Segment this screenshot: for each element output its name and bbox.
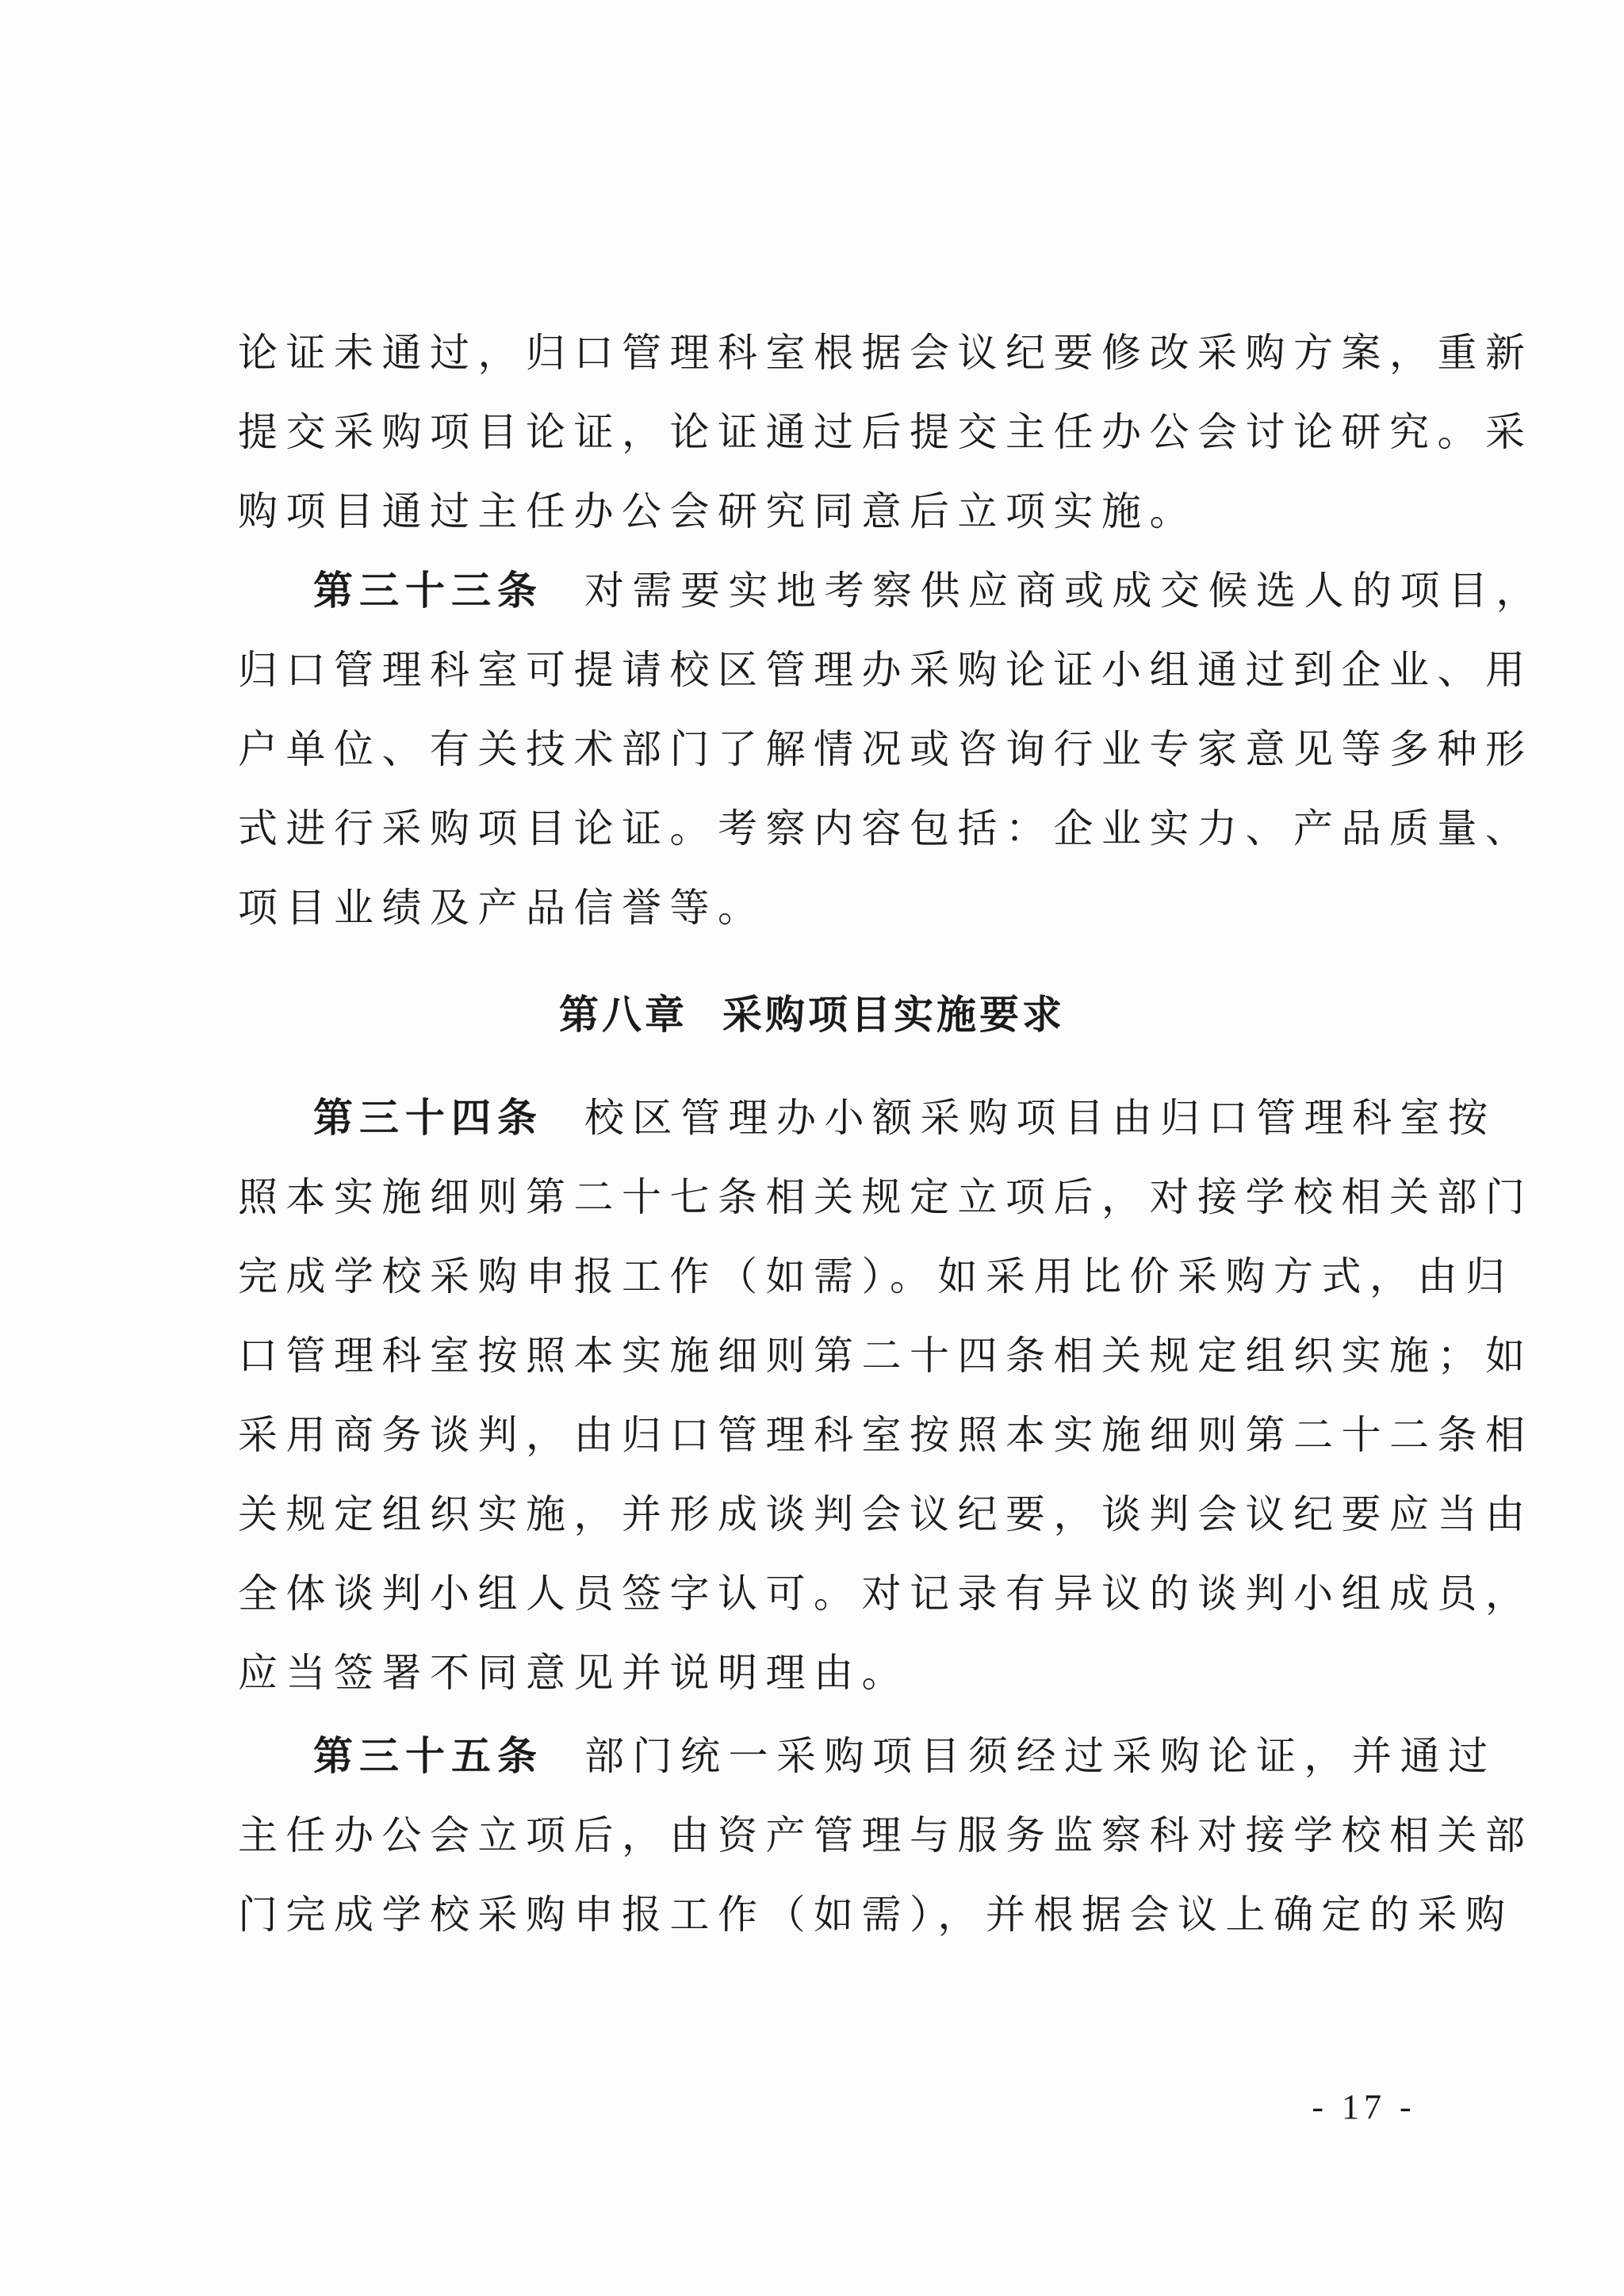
article-label: 第三十三条 [313, 568, 543, 614]
article-35-first-line: 第三十五条部门统一采购项目须经过采购论证，并通过 [313, 1732, 1459, 1780]
text-line: 采用商务谈判，由归口管理科室按照本实施细则第二十二条相 [238, 1411, 1459, 1459]
text-line: 提交采购项目论证，论证通过后提交主任办公会讨论研究。采 [238, 408, 1459, 456]
text-line: 校区管理办小额采购项目由归口管理科室按 [584, 1095, 1496, 1141]
article-34-first-line: 第三十四条校区管理办小额采购项目由归口管理科室按 [313, 1094, 1459, 1142]
text-line: 购项目通过主任办公会研究同意后立项实施。 [238, 488, 1459, 535]
text-line: 式进行采购项目论证。考察内容包括：企业实力、产品质量、 [238, 805, 1459, 852]
document-page: 论证未通过，归口管理科室根据会议纪要修改采购方案，重新 提交采购项目论证，论证通… [0, 0, 1624, 2296]
text-line: 项目业绩及产品信誉等。 [238, 884, 1459, 932]
text-line: 部门统一采购项目须经过采购论证，并通过 [584, 1733, 1496, 1779]
text-line: 归口管理科室可提请校区管理办采购论证小组通过到企业、用 [238, 646, 1459, 694]
text-line: 口管理科室按照本实施细则第二十四条相关规定组织实施；如 [238, 1332, 1459, 1380]
chapter-title: 采购项目实施要求 [722, 992, 1065, 1038]
text-line: 论证未通过，归口管理科室根据会议纪要修改采购方案，重新 [238, 329, 1459, 377]
text-line: 关规定组织实施，并形成谈判会议纪要，谈判会议纪要应当由 [238, 1490, 1459, 1538]
text-line: 完成学校采购申报工作（如需）。如采用比价采购方式，由归 [238, 1253, 1459, 1300]
chapter-heading: 第八章采购项目实施要求 [0, 991, 1624, 1039]
text-line: 照本实施细则第二十七条相关规定立项后，对接学校相关部门 [238, 1173, 1459, 1221]
text-line: 户单位、有关技术部门了解情况或咨询行业专家意见等多种形 [238, 725, 1459, 773]
page-number: - 17 - [1285, 2087, 1443, 2127]
text-line: 应当签署不同意见并说明理由。 [238, 1649, 1459, 1697]
article-label: 第三十五条 [313, 1733, 543, 1779]
article-33-first-line: 第三十三条对需要实地考察供应商或成交候选人的项目， [313, 567, 1459, 614]
text-line: 门完成学校采购申报工作（如需），并根据会议上确定的采购 [238, 1891, 1459, 1938]
article-label: 第三十四条 [313, 1095, 543, 1141]
text-line: 对需要实地考察供应商或成交候选人的项目， [584, 568, 1544, 614]
chapter-number: 第八章 [559, 992, 688, 1038]
text-line: 主任办公会立项后，由资产管理与服务监察科对接学校相关部 [238, 1812, 1459, 1859]
text-line: 全体谈判小组人员签字认可。对记录有异议的谈判小组成员， [238, 1570, 1459, 1617]
